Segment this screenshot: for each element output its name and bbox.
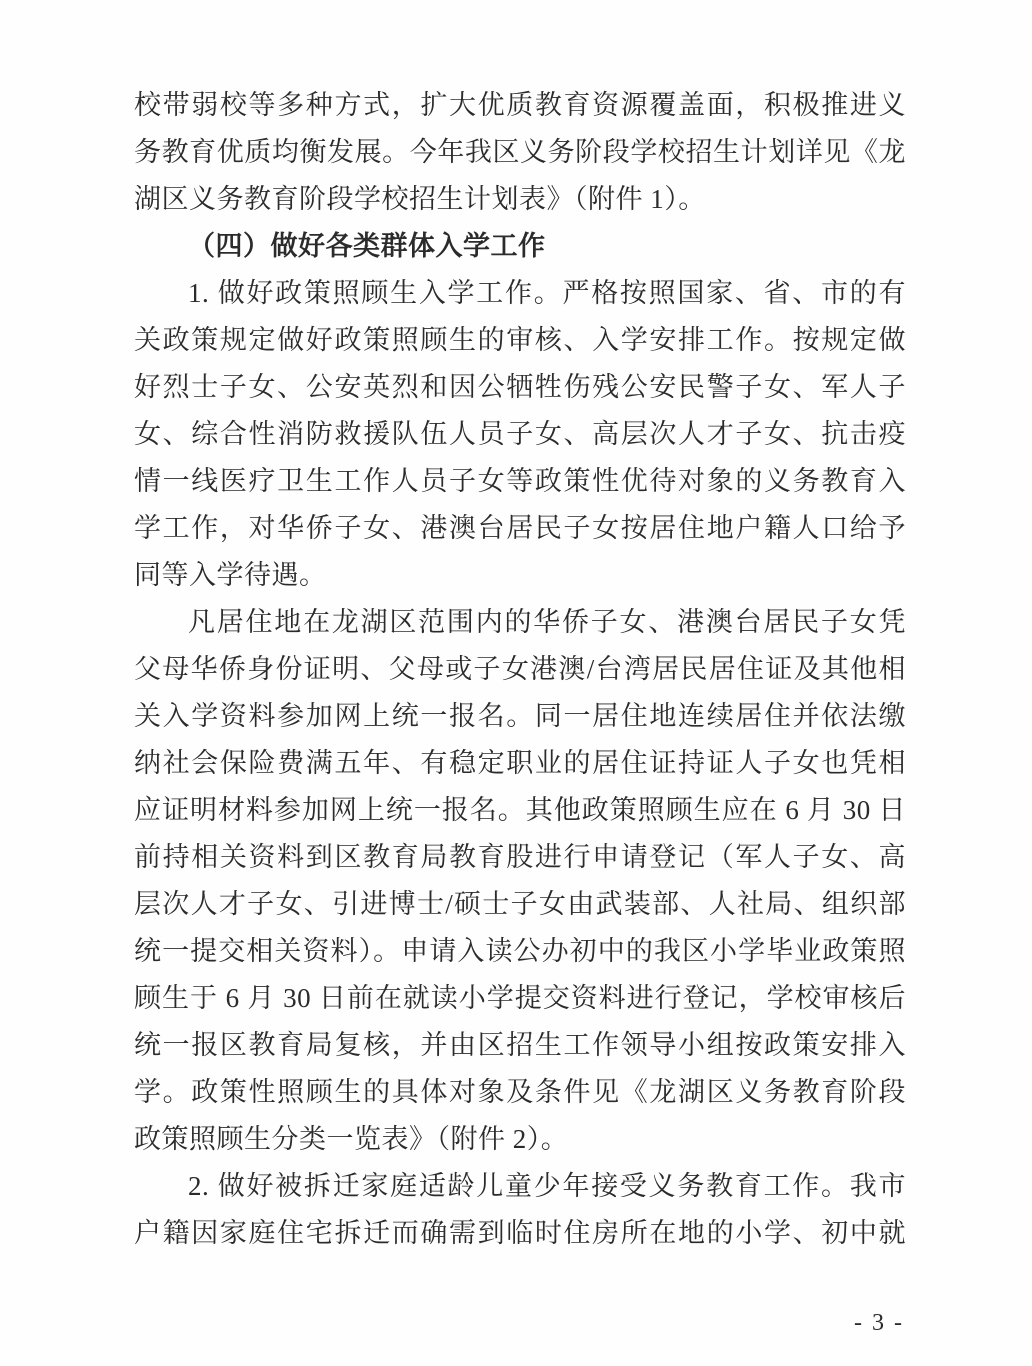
- text-line: 情一线医疗卫生工作人员子女等政策性优待对象的义务教育入: [134, 458, 906, 505]
- text-line: 层次人才子女、引进博士/硕士子女由武装部、人社局、组织部: [134, 881, 906, 928]
- text-line: 纳社会保险费满五年、有稳定职业的居住证持证人子女也凭相: [134, 740, 906, 787]
- text-line: 学工作，对华侨子女、港澳台居民子女按居住地户籍人口给予: [134, 505, 906, 552]
- text-line: 凡居住地在龙湖区范围内的华侨子女、港澳台居民子女凭: [134, 599, 906, 646]
- text-line: 统一提交相关资料）。申请入读公办初中的我区小学毕业政策照: [134, 928, 906, 975]
- text-line: 统一报区教育局复核，并由区招生工作领导小组按政策安排入: [134, 1022, 906, 1069]
- text-line: 户籍因家庭住宅拆迁而确需到临时住房所在地的小学、初中就: [134, 1210, 906, 1257]
- text-line: 好烈士子女、公安英烈和因公牺牲伤残公安民警子女、军人子: [134, 364, 906, 411]
- document-page: 校带弱校等多种方式，扩大优质教育资源覆盖面，积极推进义务教育优质均衡发展。今年我…: [0, 0, 1032, 1366]
- text-line: 学。政策性照顾生的具体对象及条件见《龙湖区义务教育阶段: [134, 1069, 906, 1116]
- text-line: 校带弱校等多种方式，扩大优质教育资源覆盖面，积极推进义: [134, 82, 906, 129]
- text-line: 政策照顾生分类一览表》（附件 2）。: [134, 1116, 906, 1163]
- text-line: 同等入学待遇。: [134, 552, 906, 599]
- page-number: - 3 -: [854, 1310, 904, 1337]
- text-line: 应证明材料参加网上统一报名。其他政策照顾生应在 6 月 30 日: [134, 787, 906, 834]
- document-body: 校带弱校等多种方式，扩大优质教育资源覆盖面，积极推进义务教育优质均衡发展。今年我…: [134, 82, 906, 1257]
- text-line: 2. 做好被拆迁家庭适龄儿童少年接受义务教育工作。我市: [134, 1163, 906, 1210]
- text-line: 前持相关资料到区教育局教育股进行申请登记（军人子女、高: [134, 834, 906, 881]
- text-line: 女、综合性消防救援队伍人员子女、高层次人才子女、抗击疫: [134, 411, 906, 458]
- text-line: 关入学资料参加网上统一报名。同一居住地连续居住并依法缴: [134, 693, 906, 740]
- text-line: 务教育优质均衡发展。今年我区义务阶段学校招生计划详见《龙: [134, 129, 906, 176]
- section-heading: （四）做好各类群体入学工作: [134, 223, 906, 270]
- text-line: 湖区义务教育阶段学校招生计划表》（附件 1）。: [134, 176, 906, 223]
- text-line: 父母华侨身份证明、父母或子女港澳/台湾居民居住证及其他相: [134, 646, 906, 693]
- text-line: 1. 做好政策照顾生入学工作。严格按照国家、省、市的有: [134, 270, 906, 317]
- text-line: 顾生于 6 月 30 日前在就读小学提交资料进行登记，学校审核后: [134, 975, 906, 1022]
- text-line: 关政策规定做好政策照顾生的审核、入学安排工作。按规定做: [134, 317, 906, 364]
